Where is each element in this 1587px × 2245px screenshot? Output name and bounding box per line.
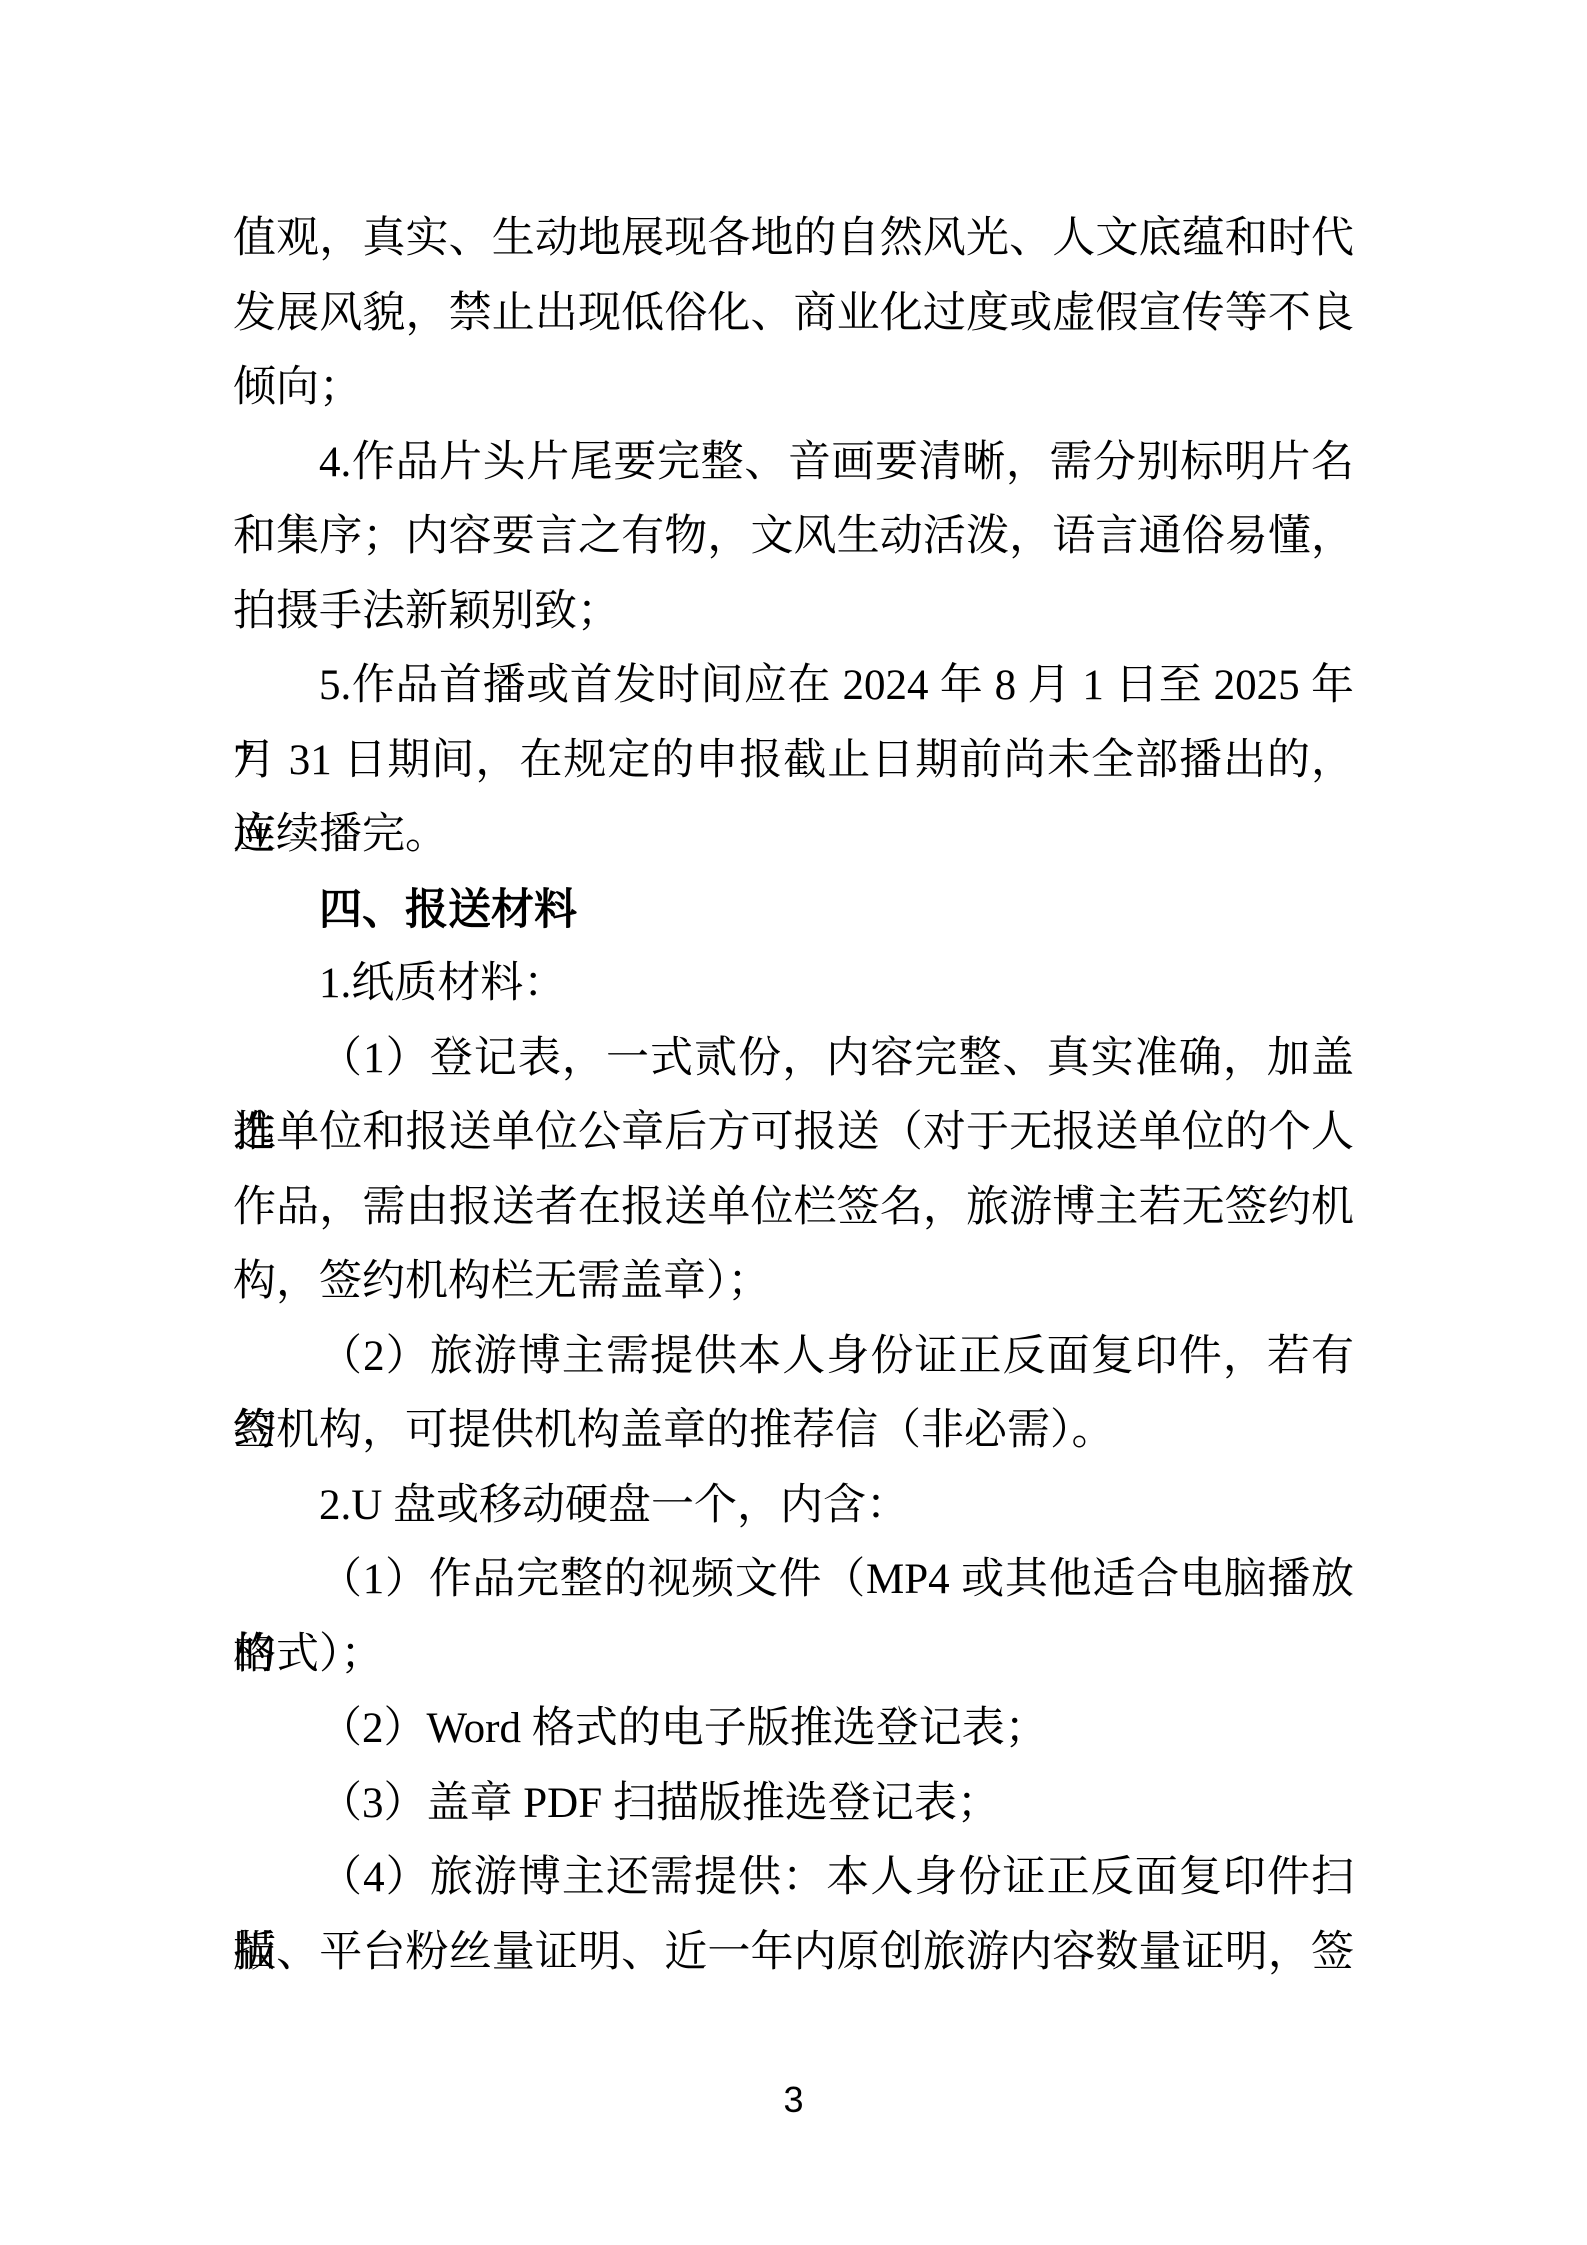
document-body: 值观，真实、生动地展现各地的自然风光、人文底蕴和时代 发展风貌，禁止出现低俗化、… xyxy=(233,202,1354,1990)
text-line: 月 31 日期间，在规定的申报截止日期前尚未全部播出的，应 xyxy=(233,724,1354,799)
text-line: 构，签约机构栏无需盖章）； xyxy=(233,1245,1354,1320)
text-line: （1）作品完整的视频文件（MP4 或其他适合电脑播放的 xyxy=(233,1543,1354,1618)
page-number: 3 xyxy=(0,2076,1587,2124)
text-line: 2.U 盘或移动硬盘一个，内含： xyxy=(233,1469,1354,1544)
document-page: 值观，真实、生动地展现各地的自然风光、人文底蕴和时代 发展风貌，禁止出现低俗化、… xyxy=(0,0,1587,2245)
text-line: 和集序；内容要言之有物，文风生动活泼，语言通俗易懂， xyxy=(233,500,1354,575)
text-line: （2）Word 格式的电子版推选登记表； xyxy=(233,1692,1354,1767)
text-line: 5.作品首播或首发时间应在 2024 年 8 月 1 日至 2025 年 7 xyxy=(233,649,1354,724)
text-line: 约机构，可提供机构盖章的推荐信（非必需）。 xyxy=(233,1394,1354,1469)
text-line: （3）盖章 PDF 扫描版推选登记表； xyxy=(233,1767,1354,1842)
text-line: 作品，需由报送者在报送单位栏签名，旅游博主若无签约机 xyxy=(233,1171,1354,1246)
text-line: （4）旅游博主还需提供：本人身份证正反面复印件扫描 xyxy=(233,1841,1354,1916)
text-line: 倾向； xyxy=(233,351,1354,426)
text-line: 4.作品片头片尾要完整、音画要清晰，需分别标明片名 xyxy=(233,426,1354,501)
text-line: 发展风貌，禁止出现低俗化、商业化过度或虚假宣传等不良 xyxy=(233,277,1354,352)
text-line: （2）旅游博主需提供本人身份证正反面复印件，若有签 xyxy=(233,1320,1354,1395)
text-line: 值观，真实、生动地展现各地的自然风光、人文底蕴和时代 xyxy=(233,202,1354,277)
text-line: （1）登记表，一式贰份，内容完整、真实准确，加盖推 xyxy=(233,1022,1354,1097)
text-line: 版、平台粉丝量证明、近一年内原创旅游内容数量证明，签 xyxy=(233,1916,1354,1991)
text-line: 选单位和报送单位公章后方可报送（对于无报送单位的个人 xyxy=(233,1096,1354,1171)
text-line: 格式）； xyxy=(233,1618,1354,1693)
text-line: 1.纸质材料： xyxy=(233,947,1354,1022)
section-heading: 四、报送材料 xyxy=(233,873,1354,948)
text-line: 连续播完。 xyxy=(233,798,1354,873)
text-line: 拍摄手法新颖别致； xyxy=(233,575,1354,650)
